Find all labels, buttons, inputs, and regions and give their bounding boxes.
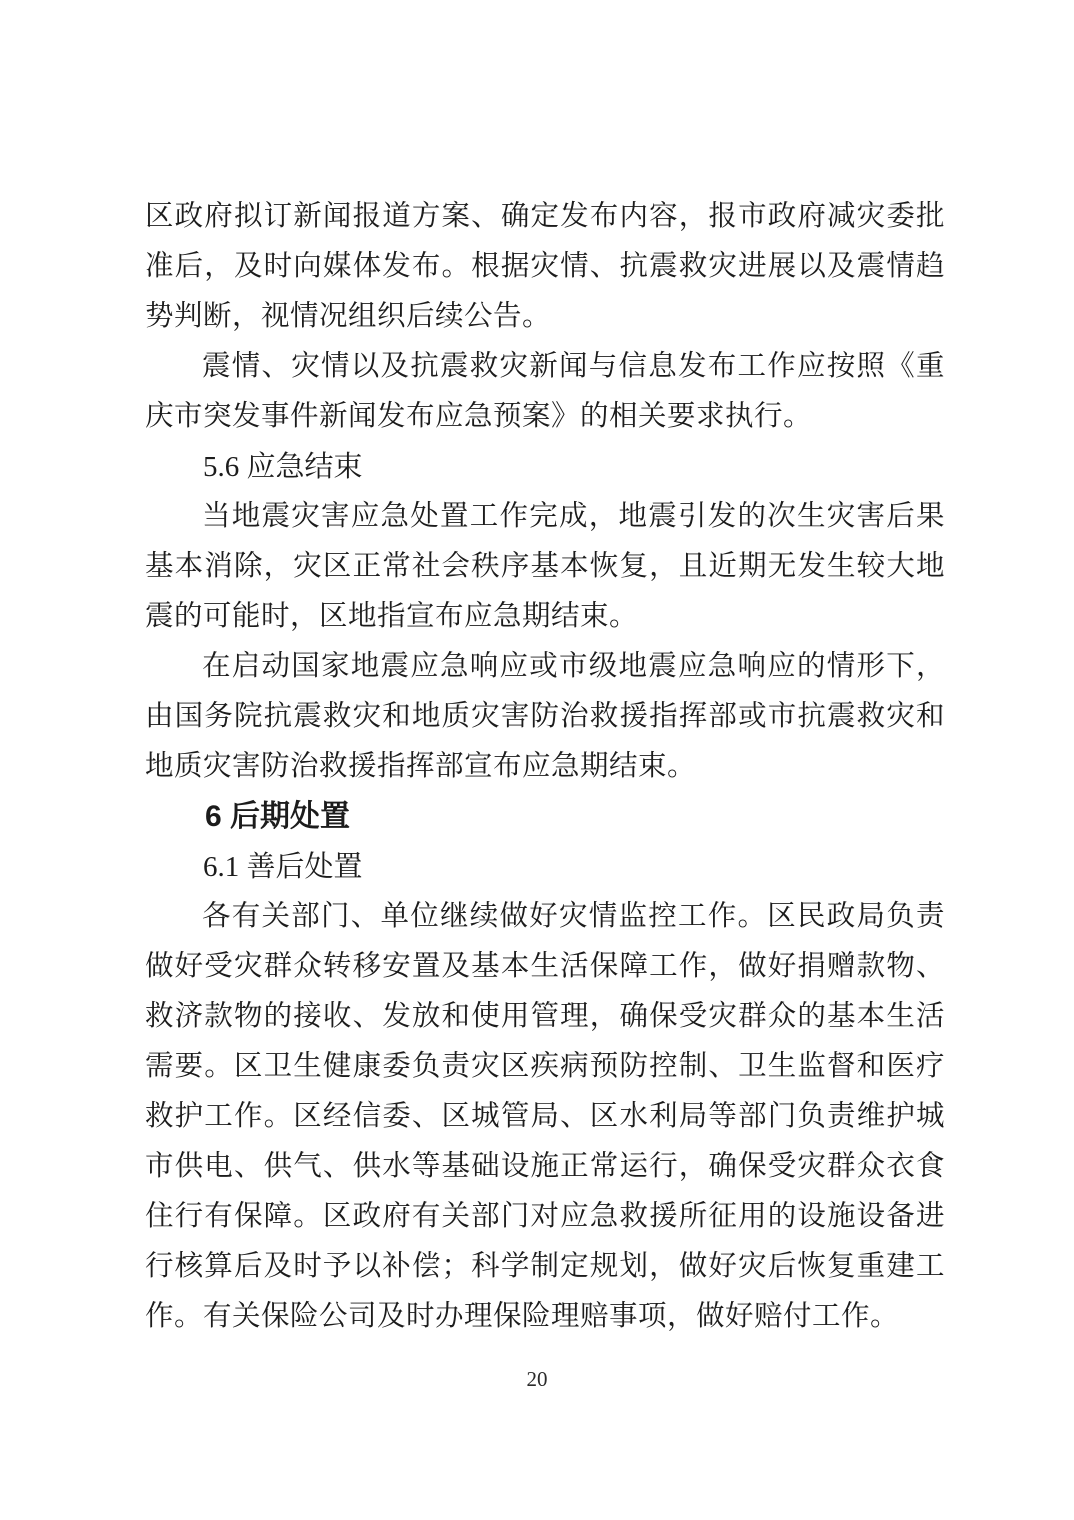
document-page: 区政府拟订新闻报道方案、确定发布内容，报市政府减灾委批准后，及时向媒体发布。根据… <box>0 0 1074 1520</box>
paragraph-emergency-end-authority: 在启动国家地震应急响应或市级地震应急响应的情形下，由国务院抗震救灾和地质灾害防治… <box>145 642 945 792</box>
text-block: 区政府拟订新闻报道方案、确定发布内容，报市政府减灾委批准后，及时向媒体发布。根据… <box>145 192 945 1342</box>
heading-6-post-disposal: 6 后期处置 <box>145 792 945 842</box>
paragraph-emergency-end-conditions: 当地震灾害应急处置工作完成，地震引发的次生灾害后果基本消除，灾区正常社会秩序基本… <box>145 492 945 642</box>
paragraph-news-release: 区政府拟订新闻报道方案、确定发布内容，报市政府减灾委批准后，及时向媒体发布。根据… <box>145 192 945 342</box>
heading-5-6-emergency-end: 5.6 应急结束 <box>145 442 945 492</box>
paragraph-info-release-rule: 震情、灾情以及抗震救灾新闻与信息发布工作应按照《重庆市突发事件新闻发布应急预案》… <box>145 342 945 442</box>
paragraph-aftermath-duties: 各有关部门、单位继续做好灾情监控工作。区民政局负责做好受灾群众转移安置及基本生活… <box>145 892 945 1342</box>
heading-6-1-aftermath-disposal: 6.1 善后处置 <box>145 842 945 892</box>
page-number: 20 <box>0 1366 1074 1392</box>
